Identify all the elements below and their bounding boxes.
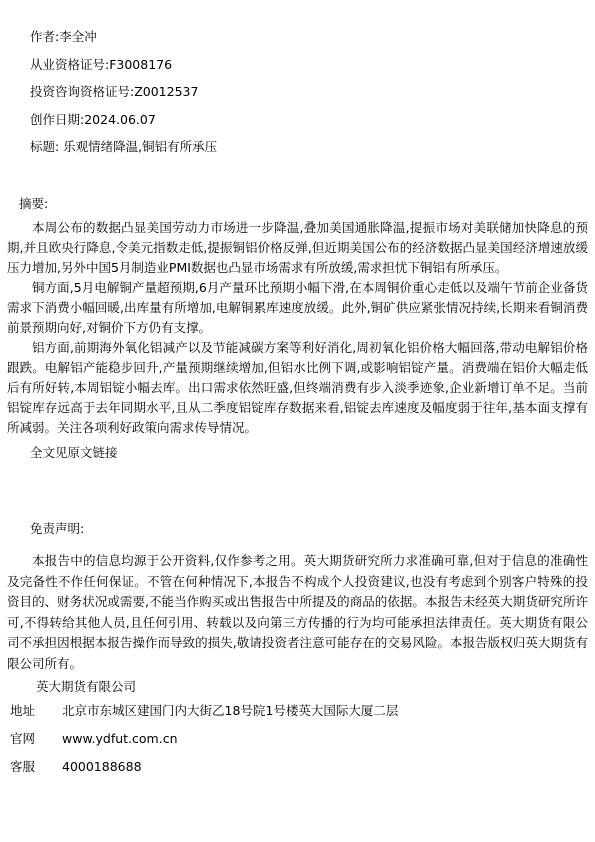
disclaimer-heading: 免责声明:: [30, 522, 595, 535]
hotline-label: 客服: [10, 760, 62, 773]
report-title-line: 标题: 乐观情绪降温,铜铝有所承压: [30, 140, 595, 153]
company-contact-block: 地址 北京市东城区建国门内大街乙18号院1号楼英大国际大厦二层 官网 www.y…: [0, 704, 595, 773]
address-label: 地址: [10, 704, 62, 717]
company-name: 英大期货有限公司: [36, 680, 595, 693]
creation-date-line: 创作日期:2024.06.07: [30, 113, 595, 126]
website-value[interactable]: www.ydfut.com.cn: [62, 732, 178, 745]
contact-row-website: 官网 www.ydfut.com.cn: [0, 732, 595, 745]
advisory-cert-line: 投资咨询资格证号:Z0012537: [30, 85, 595, 98]
contact-row-address: 地址 北京市东城区建国门内大街乙18号院1号楼英大国际大厦二层: [0, 704, 595, 717]
report-meta: 作者:李全冲 从业资格证号:F3008176 投资咨询资格证号:Z0012537…: [0, 30, 595, 153]
report-document: 作者:李全冲 从业资格证号:F3008176 投资咨询资格证号:Z0012537…: [0, 0, 595, 842]
address-value: 北京市东城区建国门内大街乙18号院1号楼英大国际大厦二层: [62, 704, 398, 717]
website-label: 官网: [10, 732, 62, 745]
author-line: 作者:李全冲: [30, 30, 595, 43]
full-text-link[interactable]: 全文见原文链接: [30, 446, 595, 459]
contact-row-hotline: 客服 4000188688: [0, 760, 595, 773]
summary-body: 本周公布的数据凸显美国劳动力市场进一步降温,叠加美国通胀降温,提振市场对美联储加…: [7, 218, 588, 438]
summary-paragraph-copper: 铜方面,5月电解铜产量超预期,6月产量环比预期小幅下滑,在本周铜价重心走低以及端…: [7, 278, 588, 338]
practice-cert-line: 从业资格证号:F3008176: [30, 58, 595, 71]
summary-heading: 摘要:: [19, 197, 595, 210]
disclaimer-paragraph: 本报告中的信息均源于公开资料,仅作参考之用。英大期货研究所力求准确可靠,但对于信…: [7, 551, 588, 674]
summary-paragraph-macro: 本周公布的数据凸显美国劳动力市场进一步降温,叠加美国通胀降温,提振市场对美联储加…: [7, 218, 588, 278]
disclaimer-body: 本报告中的信息均源于公开资料,仅作参考之用。英大期货研究所力求准确可靠,但对于信…: [7, 551, 588, 674]
summary-paragraph-aluminum: 铝方面,前期海外氧化铝减产以及节能减碳方案等利好消化,周初氧化铝价格大幅回落,带…: [7, 338, 588, 438]
hotline-value: 4000188688: [62, 760, 142, 773]
